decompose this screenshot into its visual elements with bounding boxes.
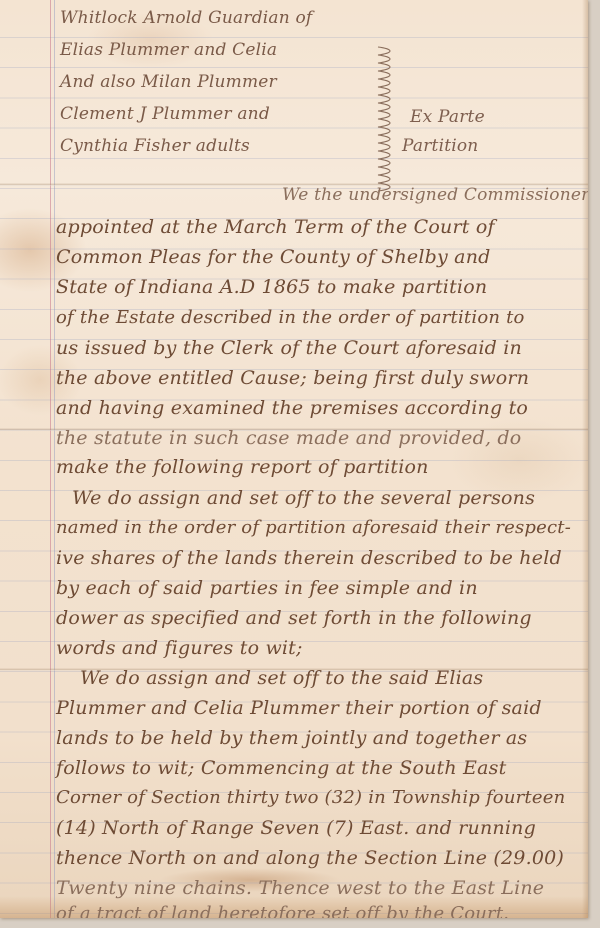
body-line: lands to be held by them jointly and tog…	[56, 727, 527, 749]
body-line: ive shares of the lands therein describe…	[56, 547, 562, 569]
body-line: words and figures to wit;	[56, 637, 303, 659]
body-line: State of Indiana A.D 1865 to make partit…	[56, 276, 487, 298]
body-line: Plummer and Celia Plummer their portion …	[56, 697, 542, 719]
body-line: make the following report of partition	[56, 456, 429, 478]
party-line: Cynthia Fisher adults	[60, 136, 250, 156]
body-line: We do assign and set off to the said Eli…	[80, 667, 483, 689]
body-line: of a tract of land heretofore set off by…	[56, 903, 509, 918]
party-line: Clement J Plummer and	[60, 104, 270, 124]
body-line: named in the order of partition aforesai…	[56, 517, 571, 538]
body-line: us issued by the Clerk of the Court afor…	[56, 337, 522, 359]
body-line: We the undersigned Commissioners	[282, 185, 588, 205]
case-type-ex-parte: Ex Parte	[410, 107, 485, 127]
body-line: and having examined the premises accordi…	[56, 397, 528, 419]
body-line: the above entitled Cause; being first du…	[56, 367, 529, 389]
body-line: dower as specified and set forth in the …	[56, 607, 532, 629]
party-line: And also Milan Plummer	[60, 72, 277, 92]
page-edge	[582, 0, 588, 918]
scroll-brace-icon	[370, 45, 400, 195]
document-page: Whitlock Arnold Guardian of Elias Plumme…	[0, 0, 588, 918]
body-line: Twenty nine chains. Thence west to the E…	[56, 877, 544, 899]
body-line: the statute in such case made and provid…	[56, 427, 521, 449]
body-line: of the Estate described in the order of …	[56, 307, 525, 328]
body-line: follows to wit; Commencing at the South …	[56, 757, 506, 779]
body-line: (14) North of Range Seven (7) East. and …	[56, 817, 536, 839]
body-line: by each of said parties in fee simple an…	[56, 577, 478, 599]
party-line: Elias Plummer and Celia	[60, 40, 277, 60]
body-line: appointed at the March Term of the Court…	[56, 216, 495, 238]
body-line: Corner of Section thirty two (32) in Tow…	[56, 787, 565, 808]
party-line: Whitlock Arnold Guardian of	[60, 8, 312, 28]
body-line: thence North on and along the Section Li…	[56, 847, 564, 869]
case-type-partition: Partition	[402, 136, 478, 156]
body-line: Common Pleas for the County of Shelby an…	[56, 246, 491, 268]
margin-line	[50, 0, 55, 918]
body-line: We do assign and set off to the several …	[72, 487, 535, 509]
